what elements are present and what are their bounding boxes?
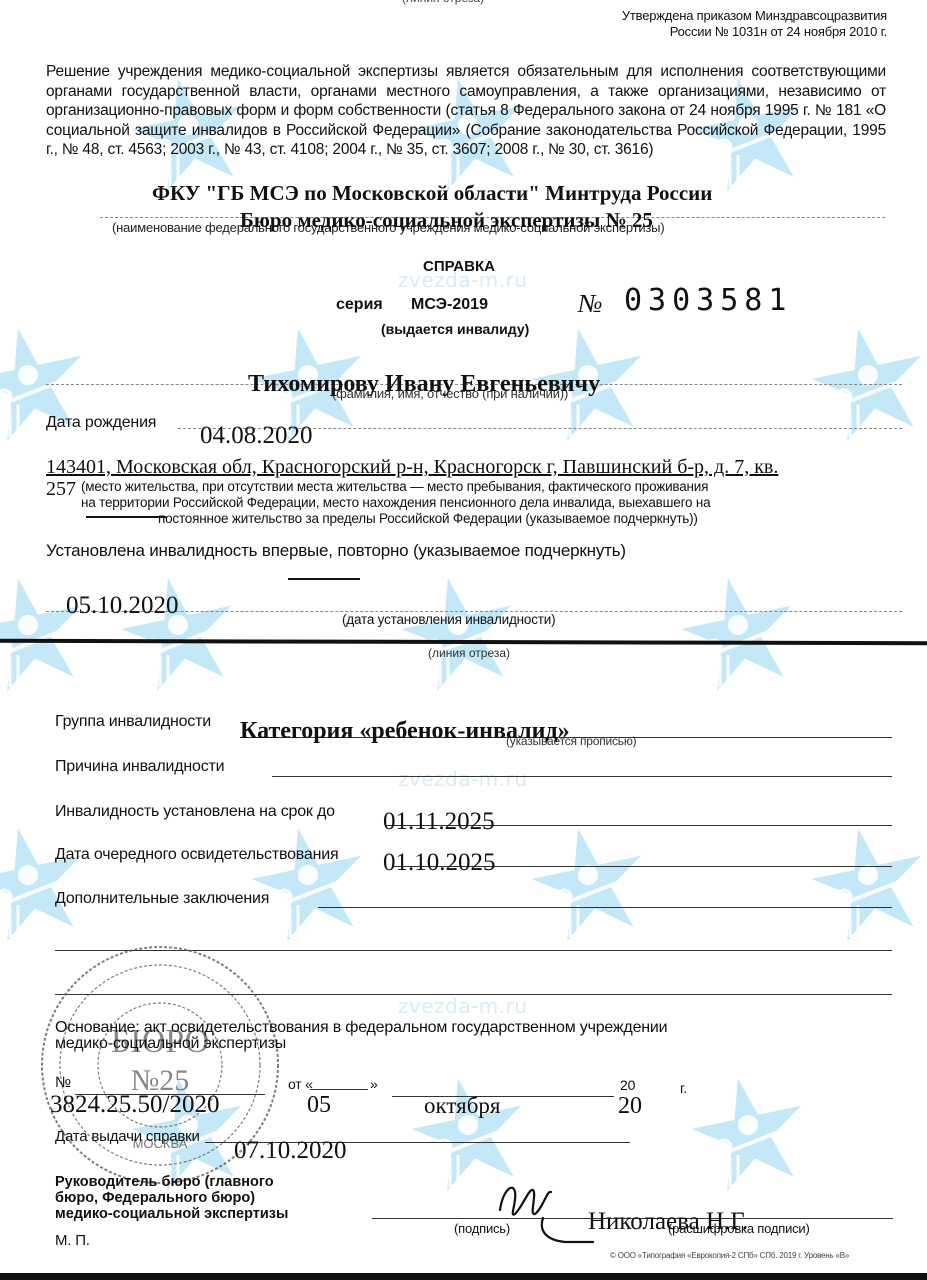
underline-mark	[288, 578, 360, 580]
act-day: 05	[307, 1092, 331, 1119]
star-child-logo-icon	[0, 825, 90, 945]
signatory-title-3: медико-социальной экспертизы	[55, 1206, 288, 1222]
cut-line-label-top: (линия отреза)	[402, 0, 484, 5]
disability-date-caption: (дата установления инвалидности)	[342, 612, 555, 627]
group-label: Группа инвалидности	[55, 713, 211, 731]
star-child-logo-icon	[810, 825, 927, 945]
next-exam-label: Дата очередного освидетельствования	[55, 846, 338, 864]
additional-label: Дополнительные заключения	[55, 890, 269, 908]
institution-name-line1: ФКУ "ГБ МСЭ по Московской области" Минтр…	[152, 181, 712, 206]
act-number: 3824.25.50/2020	[50, 1091, 219, 1119]
star-child-logo-icon	[530, 825, 650, 945]
seal-label: М. П.	[55, 1232, 90, 1249]
disability-established-label: Установлена инвалидность впервые, повтор…	[46, 541, 626, 561]
signature-mark	[485, 1170, 595, 1250]
year-unit: г.	[680, 1080, 687, 1096]
birth-date-label: Дата рождения	[46, 414, 156, 432]
watermark-text: zvezda-m.ru	[398, 767, 528, 791]
star-child-logo-icon	[680, 575, 800, 695]
disability-date-value: 05.10.2020	[66, 592, 179, 620]
issued-to-note: (выдается инвалиду)	[381, 321, 529, 337]
issue-date-value: 07.10.2020	[234, 1137, 347, 1165]
group-value: Категория «ребенок-инвалид»	[240, 718, 570, 745]
star-child-logo-icon	[810, 325, 927, 445]
signatory-title-1: Руководитель бюро (главного	[55, 1174, 274, 1190]
recipient-name: Тихомирову Ивану Евгеньевичу	[248, 371, 600, 398]
watermark-text: zvezda-m.ru	[398, 994, 528, 1018]
star-child-logo-icon	[250, 825, 370, 945]
certificate-number: 0303581	[624, 283, 792, 318]
institution-name-line2: Бюро медико-социальной экспертизы № 25	[240, 208, 653, 233]
printer-note: © ООО «Типография «Еврокопия-2 СПб» СПб.…	[610, 1251, 849, 1260]
approval-line-2: России № 1031н от 24 ноября 2010 г.	[670, 24, 887, 39]
act-year: 20	[618, 1093, 642, 1120]
reason-label: Причина инвалидности	[55, 758, 224, 776]
act-month: октября	[424, 1093, 500, 1119]
address-line-1: 143401, Московская обл, Красногорский р-…	[46, 456, 778, 479]
cut-line	[0, 639, 927, 645]
address-caption-1: (место жительства, при отсутствии места …	[81, 479, 708, 494]
number-sign: №	[578, 289, 603, 319]
birth-date-value: 04.08.2020	[200, 422, 313, 450]
signatory-name: Николаева Н.Г.	[588, 1208, 748, 1236]
address-caption-2: на территории Российской Федерации, мест…	[81, 495, 710, 510]
term-value: 01.11.2025	[383, 808, 495, 836]
year-prefix: 20	[620, 1077, 635, 1093]
issue-date-label: Дата выдачи справки	[55, 1128, 200, 1145]
act-number-sign: №	[55, 1074, 71, 1091]
star-child-logo-icon	[400, 575, 520, 695]
act-quote-close: »	[370, 1076, 378, 1092]
address-line-2: 257	[46, 478, 76, 501]
basis-line-2: медико-социальной экспертизы	[55, 1035, 286, 1053]
series-label: серия	[336, 296, 383, 314]
term-label: Инвалидность установлена на срок до	[55, 803, 335, 821]
certificate-title: СПРАВКА	[423, 258, 495, 275]
star-child-logo-icon	[690, 1075, 810, 1195]
series-value: МСЭ-2019	[411, 296, 488, 314]
bottom-border	[0, 1273, 927, 1280]
next-exam-value: 01.10.2025	[383, 849, 496, 877]
signatory-title-2: бюро, Федерального бюро)	[55, 1190, 255, 1206]
address-caption-3: постоянное жительство за пределы Российс…	[158, 511, 698, 526]
cut-line-label: (линия отреза)	[428, 646, 510, 660]
approval-line-1: Утверждена приказом Минздравсоцразвития	[622, 8, 887, 23]
legal-notice: Решение учреждения медико-социальной экс…	[46, 62, 886, 160]
